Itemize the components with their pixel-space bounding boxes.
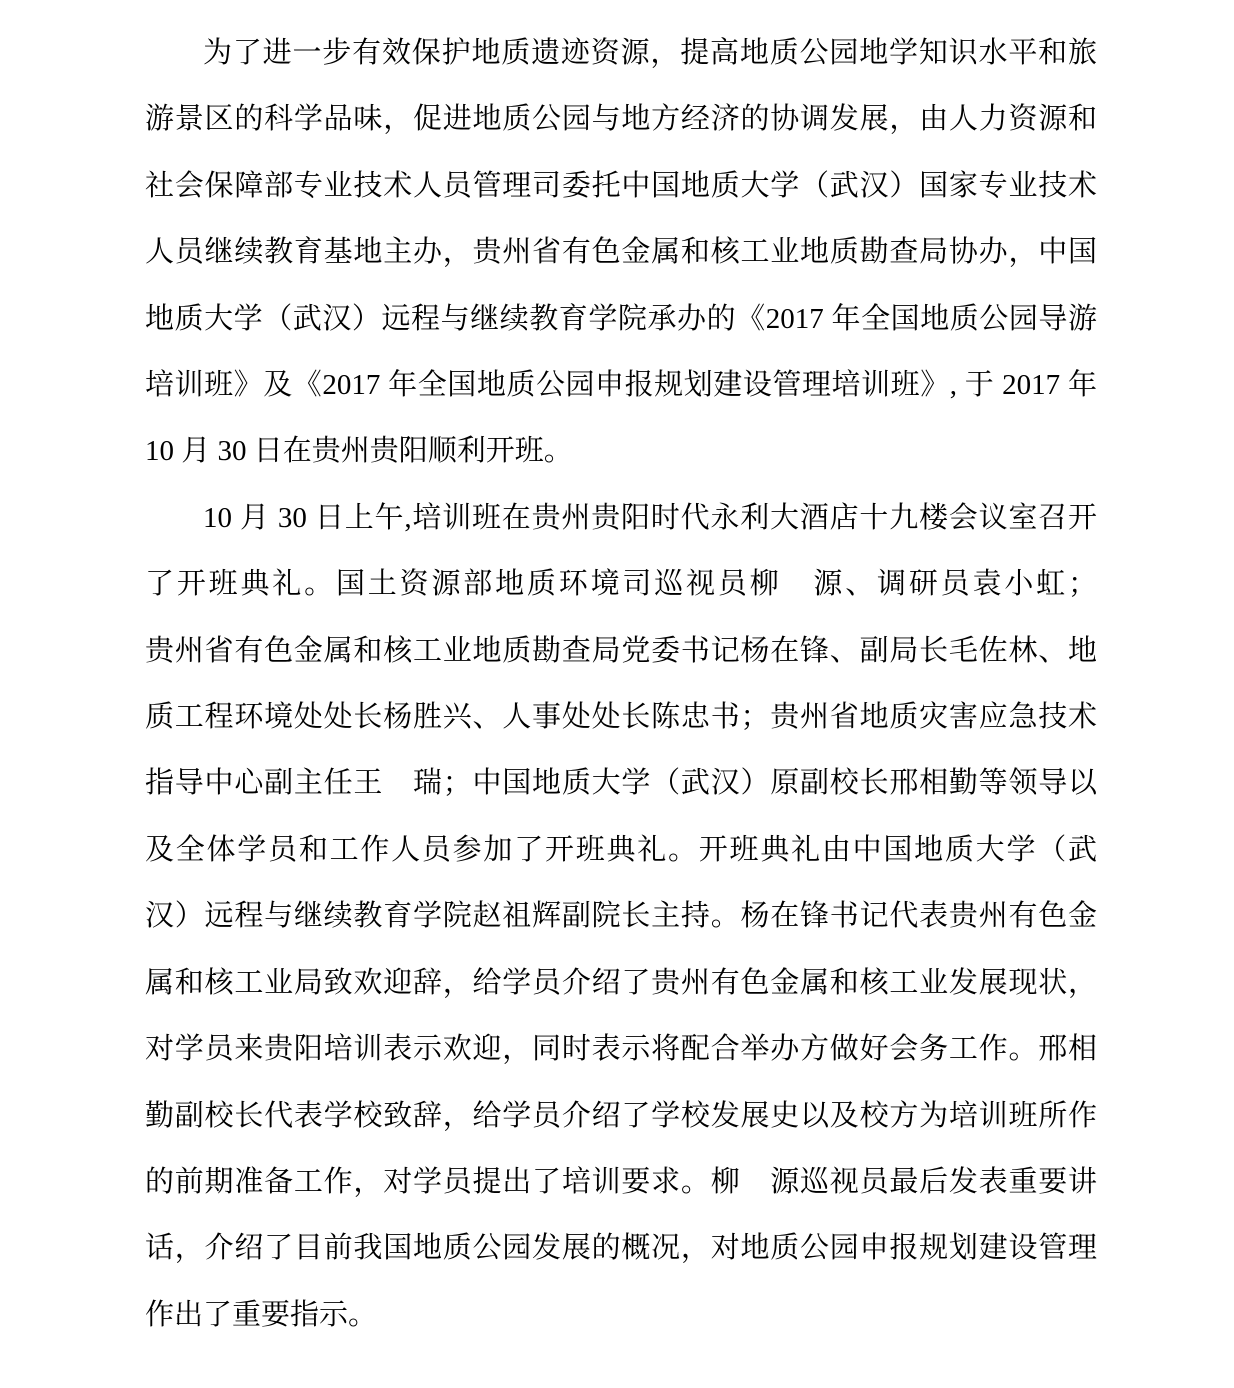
text-line: 了开班典礼。国土资源部地质环境司巡视员柳 源、调研员袁小虹； bbox=[145, 551, 1097, 617]
text-line: 质工程环境处处长杨胜兴、人事处处长陈忠书；贵州省地质灾害应急技术 bbox=[145, 684, 1097, 750]
paragraph: 为了进一步有效保护地质遗迹资源，提高地质公园地学知识水平和旅游景区的科学品味，促… bbox=[145, 20, 1097, 485]
text-line: 及全体学员和工作人员参加了开班典礼。开班典礼由中国地质大学（武 bbox=[145, 817, 1097, 883]
text-line: 贵州省有色金属和核工业地质勘查局党委书记杨在锋、副局长毛佐林、地 bbox=[145, 618, 1097, 684]
document-body: 为了进一步有效保护地质遗迹资源，提高地质公园地学知识水平和旅游景区的科学品味，促… bbox=[0, 0, 1234, 1348]
text-line: 人员继续教育基地主办，贵州省有色金属和核工业地质勘查局协办，中国 bbox=[145, 219, 1097, 285]
document-page: 为了进一步有效保护地质遗迹资源，提高地质公园地学知识水平和旅游景区的科学品味，促… bbox=[0, 0, 1234, 1388]
text-line: 话，介绍了目前我国地质公园发展的概况，对地质公园申报规划建设管理 bbox=[145, 1215, 1097, 1281]
text-line: 社会保障部专业技术人员管理司委托中国地质大学（武汉）国家专业技术 bbox=[145, 153, 1097, 219]
text-line: 的前期准备工作，对学员提出了培训要求。柳 源巡视员最后发表重要讲 bbox=[145, 1149, 1097, 1215]
text-line: 勤副校长代表学校致辞，给学员介绍了学校发展史以及校方为培训班所作 bbox=[145, 1083, 1097, 1149]
text-line: 培训班》及《2017 年全国地质公园申报规划建设管理培训班》, 于 2017 年 bbox=[145, 352, 1097, 418]
text-line: 汉）远程与继续教育学院赵祖辉副院长主持。杨在锋书记代表贵州有色金 bbox=[145, 883, 1097, 949]
text-line: 地质大学（武汉）远程与继续教育学院承办的《2017 年全国地质公园导游 bbox=[145, 286, 1097, 352]
text-line: 10 月 30 日在贵州贵阳顺利开班。 bbox=[145, 418, 1097, 484]
text-line: 10 月 30 日上午,培训班在贵州贵阳时代永利大酒店十九楼会议室召开 bbox=[145, 485, 1097, 551]
text-line: 为了进一步有效保护地质遗迹资源，提高地质公园地学知识水平和旅 bbox=[145, 20, 1097, 86]
text-line: 对学员来贵阳培训表示欢迎，同时表示将配合举办方做好会务工作。邢相 bbox=[145, 1016, 1097, 1082]
text-line: 属和核工业局致欢迎辞，给学员介绍了贵州有色金属和核工业发展现状， bbox=[145, 950, 1097, 1016]
text-line: 指导中心副主任王 瑞；中国地质大学（武汉）原副校长邢相勤等领导以 bbox=[145, 750, 1097, 816]
text-line: 游景区的科学品味，促进地质公园与地方经济的协调发展，由人力资源和 bbox=[145, 86, 1097, 152]
paragraph: 10 月 30 日上午,培训班在贵州贵阳时代永利大酒店十九楼会议室召开了开班典礼… bbox=[145, 485, 1097, 1348]
text-line: 作出了重要指示。 bbox=[145, 1282, 1097, 1348]
